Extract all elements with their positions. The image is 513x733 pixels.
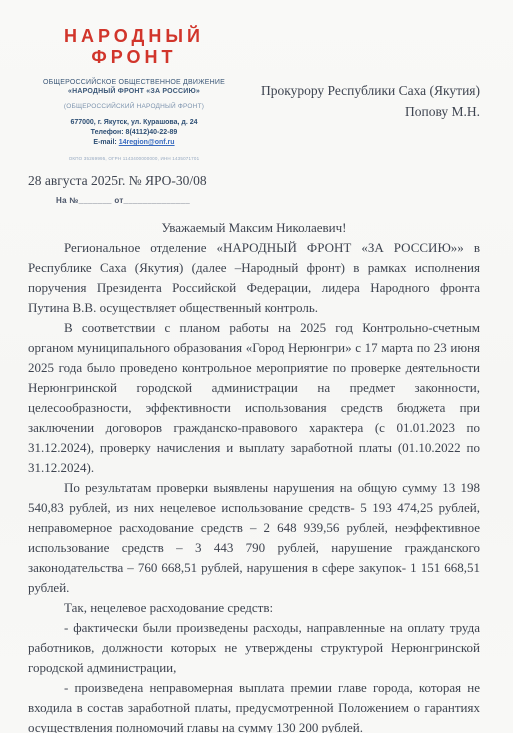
letter-body: Уважаемый Максим Николаевич! Регионально… [28,218,480,733]
email-label: E-mail: [93,139,118,146]
paragraph: В соответствии с планом работы на 2025 г… [28,318,480,478]
incoming-reference-line: На №_______ от______________ [56,196,513,205]
movement-name-block: ОБЩЕРОССИЙСКОЕ ОБЩЕСТВЕННОЕ ДВИЖЕНИЕ «НА… [28,78,240,96]
salutation: Уважаемый Максим Николаевич! [28,218,480,238]
paragraph: Так, нецелевое расходование средств: [28,598,480,618]
email-line: E-mail: 14region@onf.ru [28,138,240,148]
registration-numbers: ОКПО 35269995, ОГРН 1143400000000, ИНН 1… [28,156,240,161]
movement-short-name: (ОБЩЕРОССИЙСКИЙ НАРОДНЫЙ ФРОНТ) [28,103,240,110]
email-link[interactable]: 14region@onf.ru [119,139,175,146]
bullet-paragraph: - фактически были произведены расходы, н… [28,618,480,678]
recipient-title: Прокурору Республики Саха (Якутия) [240,80,480,101]
movement-line-1: ОБЩЕРОССИЙСКОЕ ОБЩЕСТВЕННОЕ ДВИЖЕНИЕ [28,78,240,87]
recipient-name: Попову М.Н. [240,101,480,122]
logo-line-2: ФРОНТ [28,47,240,68]
letterhead-left-column: НАРОДНЫЙ ФРОНТ ОБЩЕРОССИЙСКОЕ ОБЩЕСТВЕНН… [28,26,240,161]
paragraph: По результатам проверки выявлены нарушен… [28,478,480,598]
contact-block: 677000, г. Якутск, ул. Курашова, д. 24 Т… [28,118,240,148]
bullet-paragraph: - произведена неправомерная выплата прем… [28,678,480,733]
logo-line-1: НАРОДНЫЙ [28,26,240,47]
phone-number: Телефон: 8(4112)40-22-89 [28,128,240,138]
people-front-logo: НАРОДНЫЙ ФРОНТ [28,26,240,68]
postal-address: 677000, г. Якутск, ул. Курашова, д. 24 [28,118,240,128]
movement-line-2: «НАРОДНЫЙ ФРОНТ «ЗА РОССИЮ» [28,87,240,96]
letterhead: НАРОДНЫЙ ФРОНТ ОБЩЕРОССИЙСКОЕ ОБЩЕСТВЕНН… [0,0,513,161]
paragraph: Региональное отделение «НАРОДНЫЙ ФРОНТ «… [28,238,480,318]
recipient-block: Прокурору Республики Саха (Якутия) Попов… [240,26,480,161]
letter-page: НАРОДНЫЙ ФРОНТ ОБЩЕРОССИЙСКОЕ ОБЩЕСТВЕНН… [0,0,513,733]
outgoing-date-number: 28 августа 2025г. № ЯРО-30/08 [28,173,513,189]
